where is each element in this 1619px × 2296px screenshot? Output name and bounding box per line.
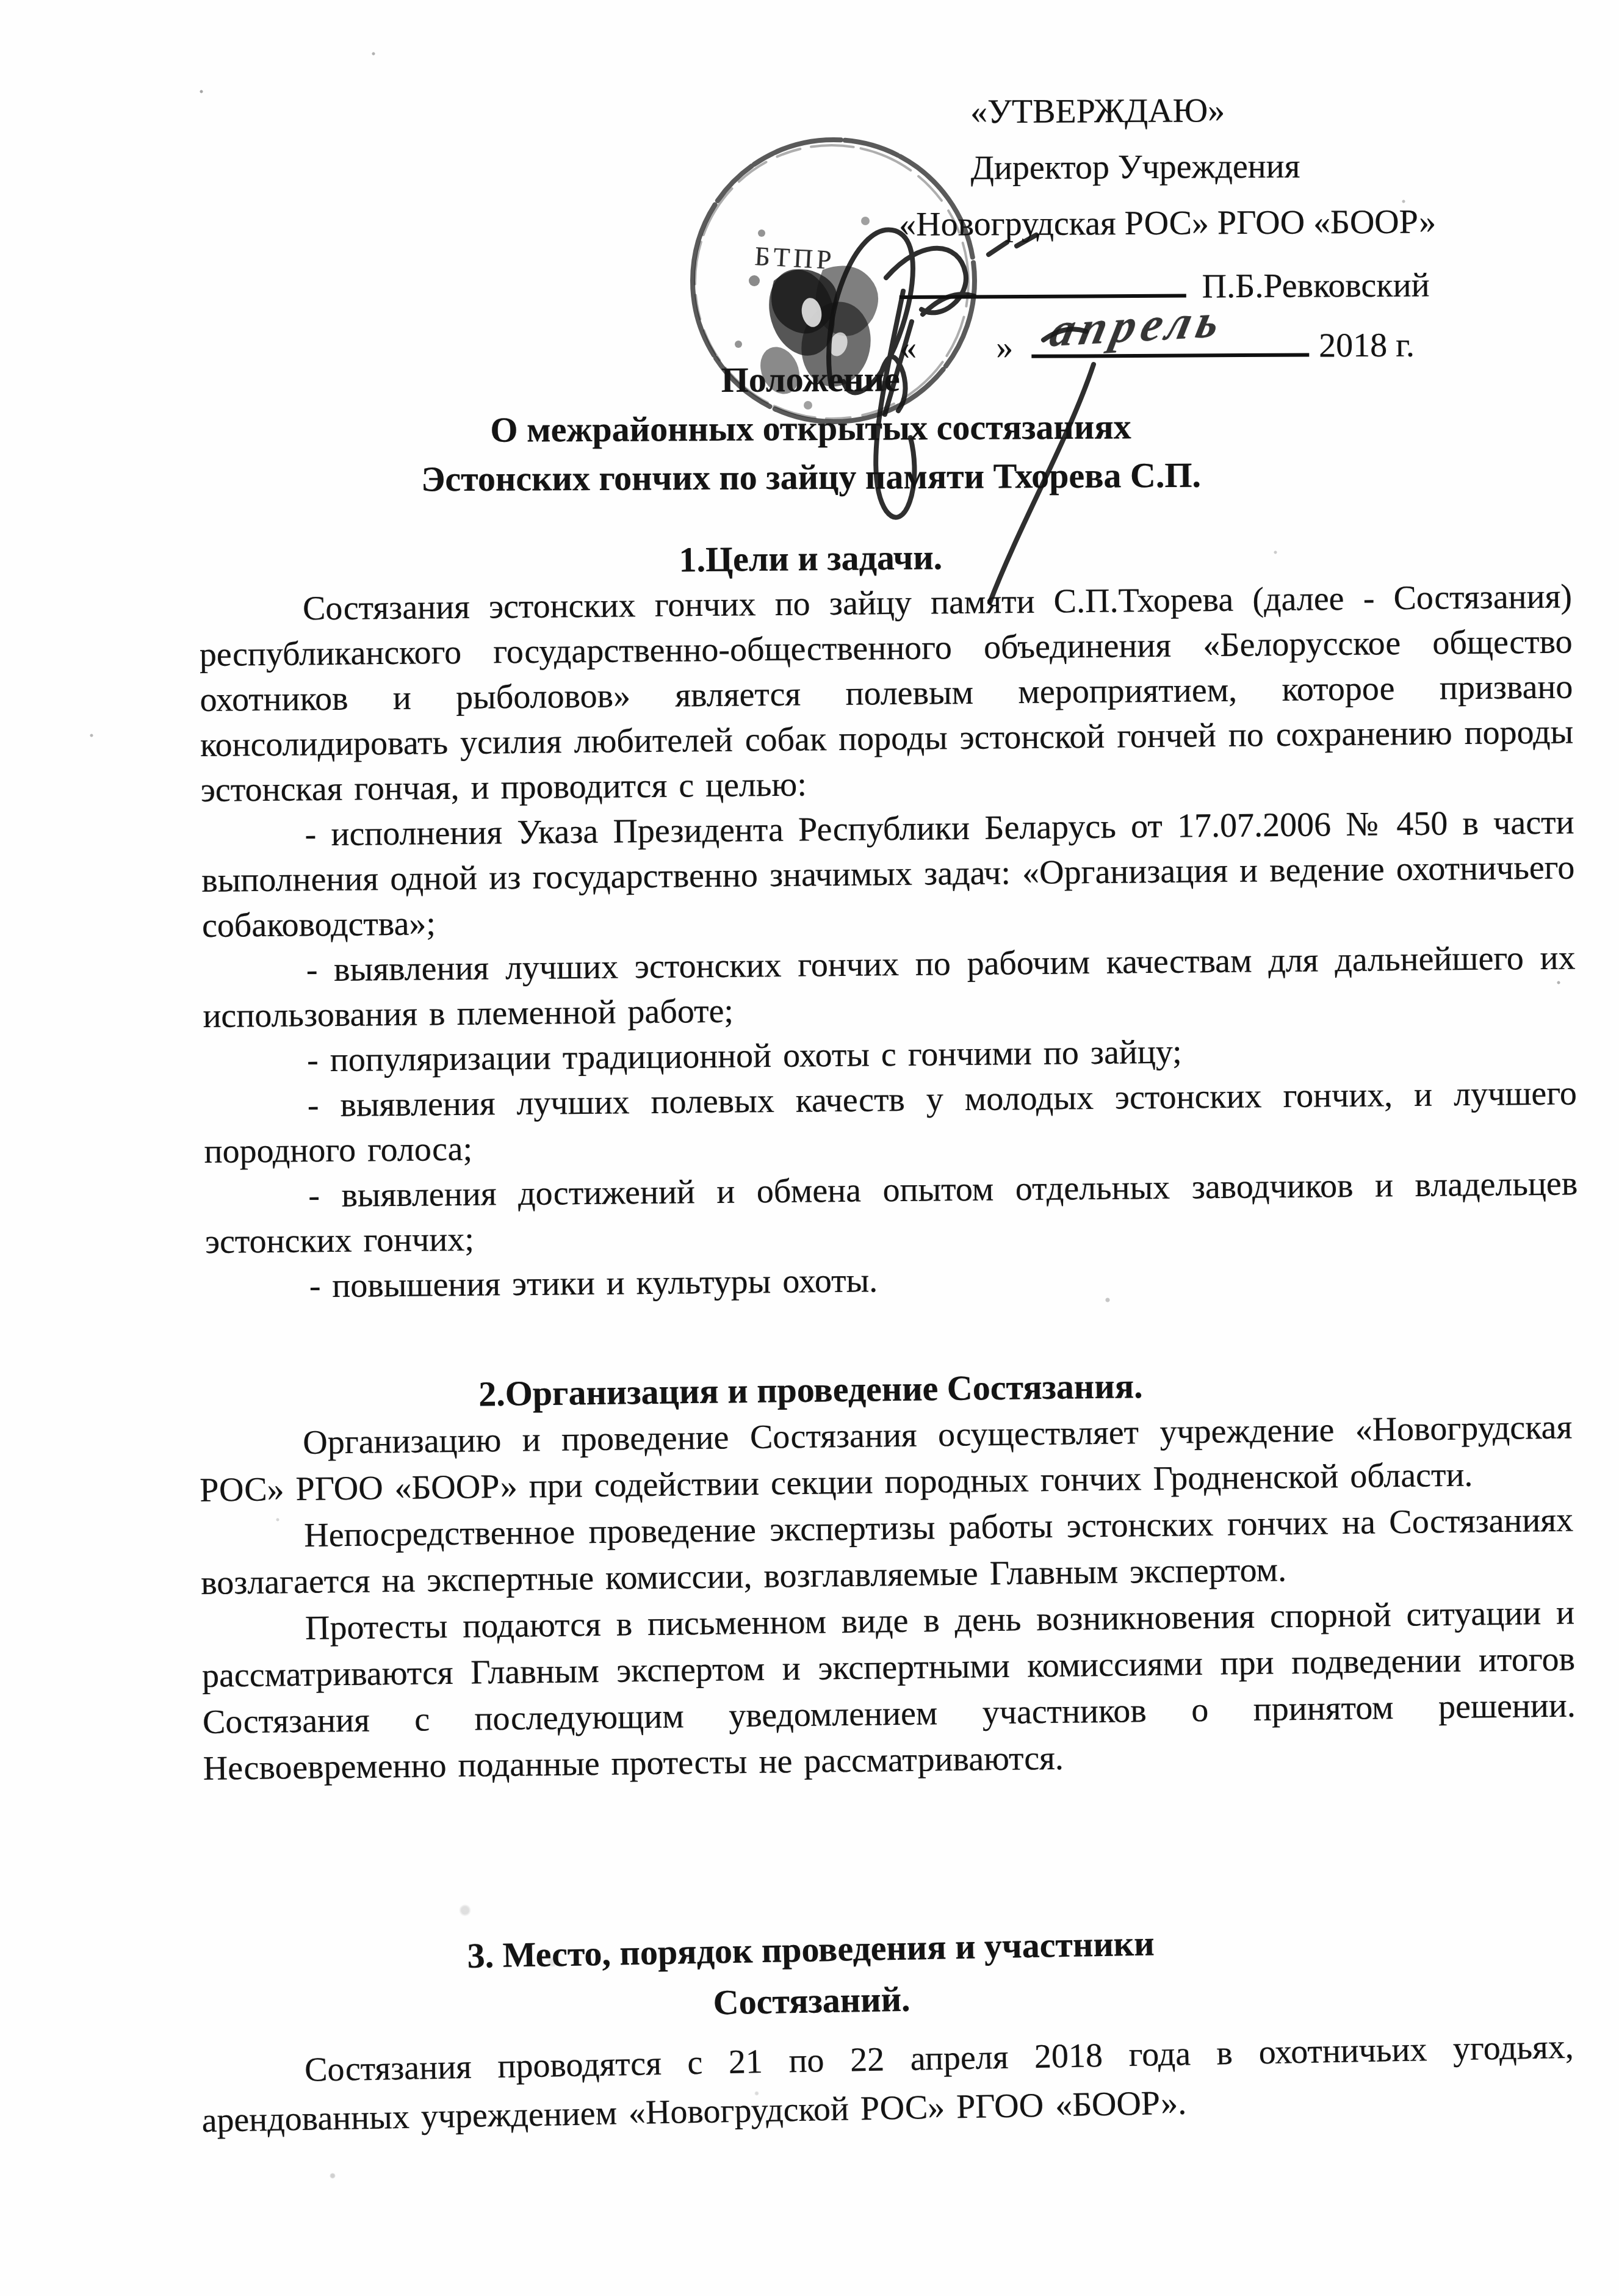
section-goals: 1.Цели и задачи. Состязания эстонских го… xyxy=(198,529,1579,1310)
doc-title-line-1: Положение xyxy=(124,352,1497,408)
section-2-paragraph-1: Организацию и проведение Состязания осущ… xyxy=(199,1404,1573,1514)
doc-title-line-2: О межрайонных открытых состязаниях xyxy=(124,400,1497,457)
section-organization: 2.Организация и проведение Состязания. О… xyxy=(198,1358,1576,1792)
handwritten-month: апрель xyxy=(1044,286,1231,364)
approval-approve-line: «УТВЕРЖДАЮ» xyxy=(898,81,1557,140)
section-2-paragraph-2: Непосредственное проведение экспертизы р… xyxy=(200,1496,1574,1606)
signatory-name: П.Б.Ревковский xyxy=(1202,266,1430,305)
document-title: Положение О межрайонных открытых состяза… xyxy=(124,352,1498,505)
goal-item-2: - выявления лучших эстонских гончих по р… xyxy=(202,935,1576,1039)
doc-title-line-3: Эстонских гончих по зайцу памяти Тхорева… xyxy=(124,449,1498,505)
section-2-paragraph-3: Протесты подаются в письменном виде в де… xyxy=(201,1589,1577,1791)
document-page: БТПР «УТВЕРЖДАЮ» Директор Учреждения «Но… xyxy=(0,0,1619,2296)
goal-item-5: - выявления достижений и обмена опытом о… xyxy=(204,1161,1578,1265)
date-line: апрель xyxy=(1031,310,1309,358)
signature-row: П.Б.Ревковский xyxy=(899,249,1558,312)
approval-block: «УТВЕРЖДАЮ» Директор Учреждения «Новогру… xyxy=(898,81,1559,380)
approval-director-line: Директор Учреждения xyxy=(898,137,1557,197)
section-3-paragraph-1: Состязания проводятся с 21 по 22 апреля … xyxy=(200,2023,1575,2145)
approval-organization-line: «Новогрудская РОС» РГОО «БООР» xyxy=(899,193,1558,253)
section-1-intro-paragraph: Состязания эстонских гончих по зайцу пам… xyxy=(199,574,1574,813)
section-venue: 3. Место, порядок проведения и участники… xyxy=(198,1910,1575,2145)
goal-item-4: - выявления лучших полевых качеств у мол… xyxy=(204,1070,1578,1174)
goal-item-1: - исполнения Указа Президента Республики… xyxy=(201,800,1575,948)
